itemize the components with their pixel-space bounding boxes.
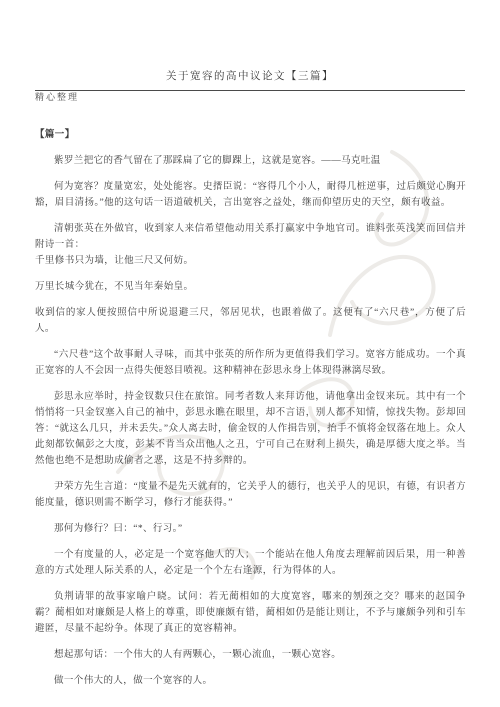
paragraph: 尹荣方先生言道：“度量不是先天就有的，它关乎人的德行，也关乎人的见识，有德，有识…: [35, 479, 466, 511]
paragraph: 清朝张英在外做官，收到家人来信希望他动用关系打赢家中争地官司。谁料张英浅笑而回信…: [35, 221, 466, 253]
paragraph: 紫罗兰把它的香气留在了那踩扁了它的脚踝上，这就是宽容。——马克吐温: [35, 153, 466, 169]
paragraph: 那何为修行？曰：“*、行习。”: [35, 521, 466, 537]
header-note: 精心整理: [35, 90, 79, 103]
paragraph: 一个有度量的人，必定是一个宽容他人的人；一个能站在他人角度去理解前因后果，用一种…: [35, 547, 466, 579]
paragraph: 做一个伟大的人，做一个宽容的人。: [35, 673, 466, 689]
page-title: 关于宽容的高中议论文【三篇】: [35, 68, 465, 91]
essay-body: 【篇一】 紫罗兰把它的香气留在了那踩扁了它的脚踝上，这就是宽容。——马克吐温 何…: [35, 127, 466, 689]
paragraph: 想起那句话：一个伟大的人有两颗心，一颗心流血，一颗心宽容。: [35, 647, 466, 663]
poem-line: 万里长城今犹在，不见当年秦始皇。: [35, 279, 466, 295]
paragraph: “六尺巷”这个故事耐人寻味，而其中张英的所作所为更值得我们学习。宽容方能成功。一…: [35, 347, 466, 379]
document-page: 精心整理 关于宽容的高中议论文【三篇】 【篇一】 紫罗兰把它的香气留在了那踩扁了…: [0, 0, 500, 707]
poem-line: 千里修书只为墙，让他三尺又何妨。: [35, 253, 466, 269]
section-label: 【篇一】: [35, 127, 466, 143]
page-content: 精心整理 关于宽容的高中议论文【三篇】 【篇一】 紫罗兰把它的香气留在了那踩扁了…: [0, 68, 500, 689]
paragraph: 何为宽容？度量宽宏，处处能容。史搢臣说：“容得几个小人，耐得几桩逆事，过后颇觉心…: [35, 179, 466, 211]
paragraph: 彭思永应举时，持金钗数只住在旅馆。同考者数人来拜访他，请他拿出金钗来玩。其中有一…: [35, 389, 466, 469]
paragraph: 收到信的家人便按照信中所说退避三尺，邻居见状，也跟着做了。这便有了“六尺巷”，方…: [35, 305, 466, 337]
paragraph: 负荆请罪的故事家喻户晓。试问：若无蔺相如的大度宽容，哪来的刎颈之交？哪来的赵国争…: [35, 589, 466, 637]
